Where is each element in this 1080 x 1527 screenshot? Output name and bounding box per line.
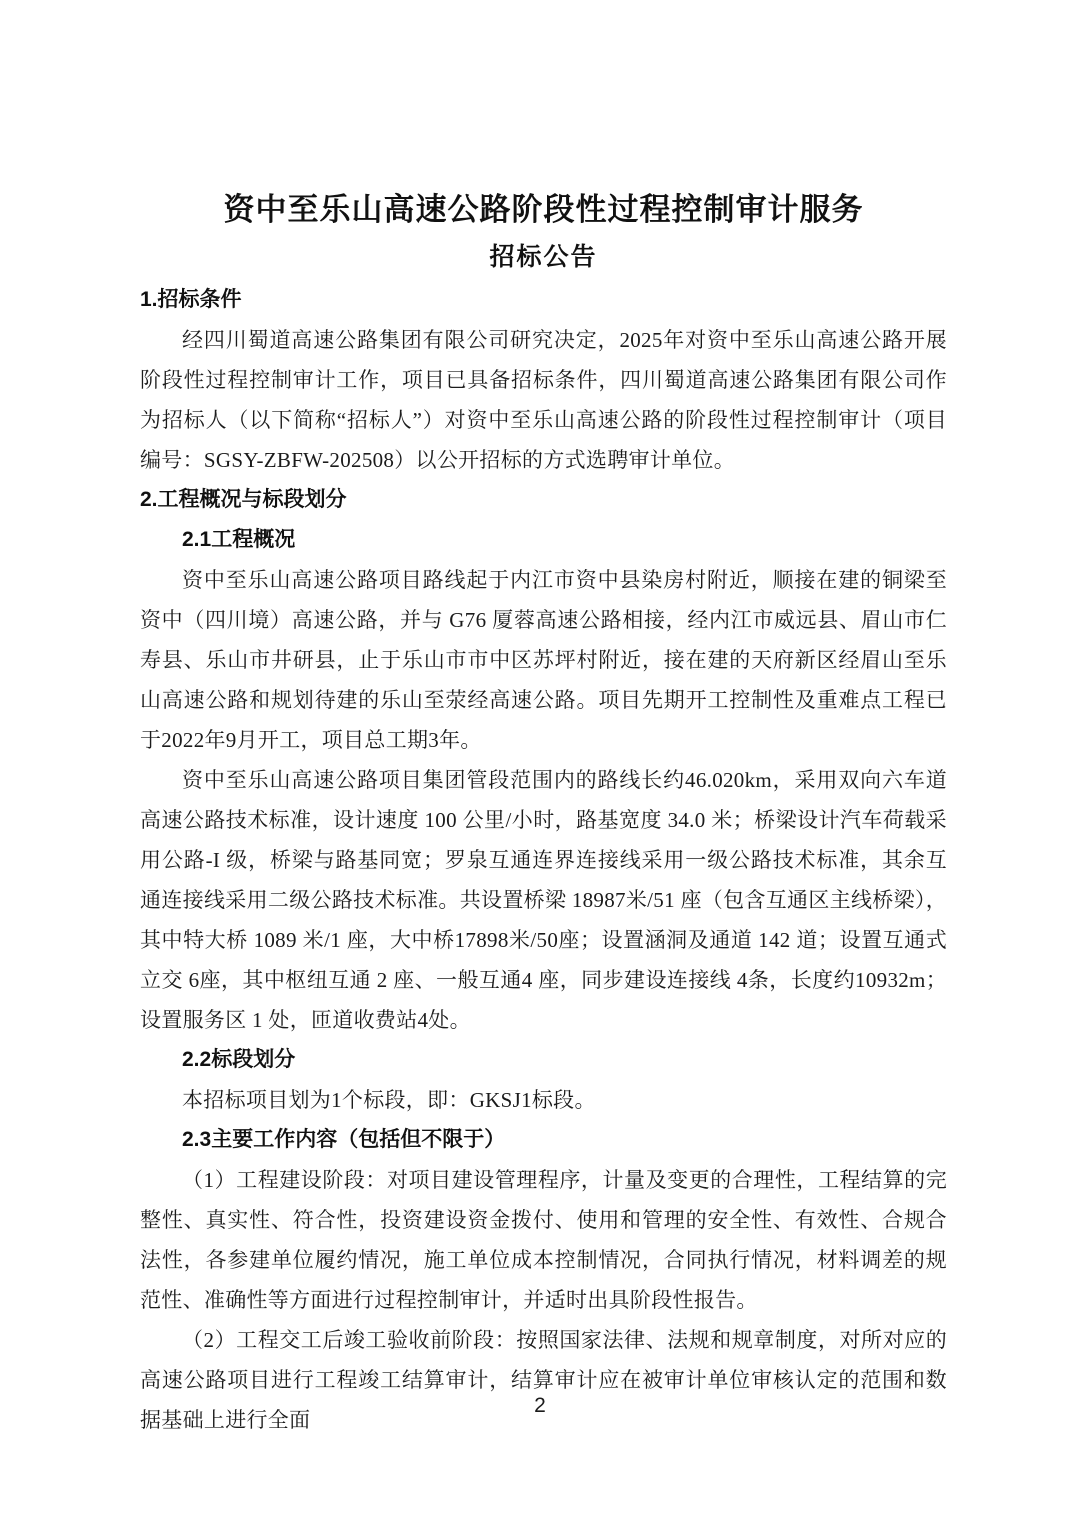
- section-2-3-paragraph-2: （2）工程交工后竣工验收前阶段：按照国家法律、法规和规章制度，对所对应的高速公路…: [140, 1320, 947, 1440]
- section-2-heading: 2.工程概况与标段划分: [140, 480, 947, 520]
- page-number: 2: [0, 1394, 1080, 1418]
- document-page: 资中至乐山高速公路阶段性过程控制审计服务 招标公告 1.招标条件 经四川蜀道高速…: [0, 0, 1080, 1527]
- section-2-1-paragraph-1: 资中至乐山高速公路项目路线起于内江市资中县染房村附近，顺接在建的铜梁至资中（四川…: [140, 560, 947, 760]
- page-subtitle: 招标公告: [140, 242, 947, 272]
- section-2-2-paragraph: 本招标项目划为1个标段，即：GKSJ1标段。: [140, 1080, 947, 1120]
- section-2-2-heading: 2.2标段划分: [140, 1040, 947, 1080]
- section-2-3-heading: 2.3主要工作内容（包括但不限于）: [140, 1120, 947, 1160]
- section-1-heading: 1.招标条件: [140, 280, 947, 320]
- section-1-paragraph: 经四川蜀道高速公路集团有限公司研究决定，2025年对资中至乐山高速公路开展阶段性…: [140, 320, 947, 480]
- section-2-1-paragraph-2: 资中至乐山高速公路项目集团管段范围内的路线长约46.020km，采用双向六车道高…: [140, 760, 947, 1040]
- page-title: 资中至乐山高速公路阶段性过程控制审计服务: [140, 192, 947, 228]
- section-2-1-heading: 2.1工程概况: [140, 520, 947, 560]
- section-2-3-paragraph-1: （1）工程建设阶段：对项目建设管理程序，计量及变更的合理性，工程结算的完整性、真…: [140, 1160, 947, 1320]
